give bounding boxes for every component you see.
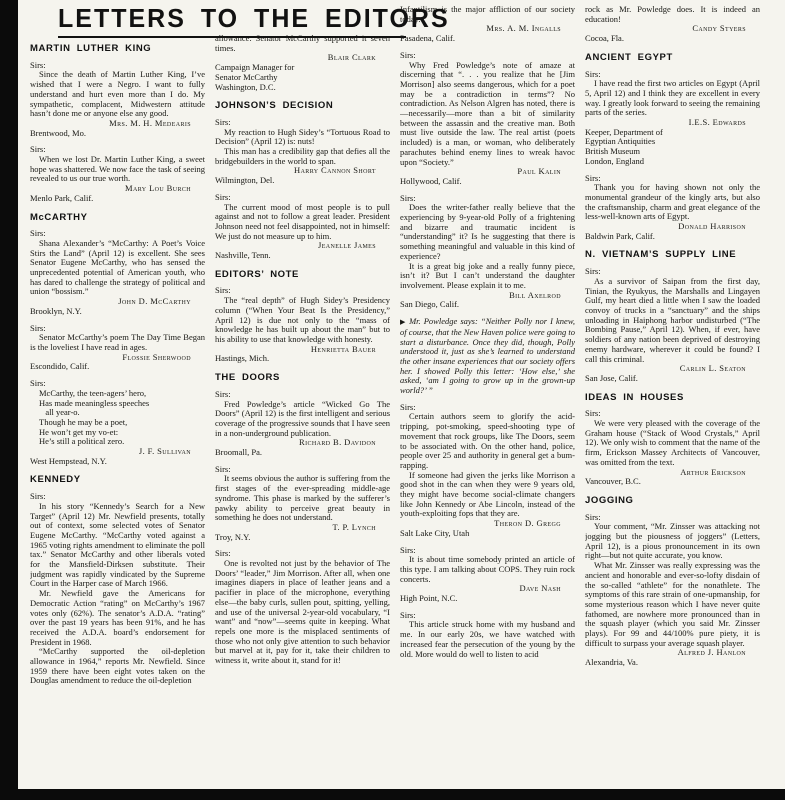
signature-address: San Jose, Calif.	[585, 374, 760, 384]
letter-paragraph: My reaction to Hugh Sidey’s “Tortuous Ro…	[215, 128, 390, 147]
signature-address: Escondido, Calif.	[30, 362, 205, 372]
reply-arrow-icon: ▶	[400, 318, 409, 326]
section-heading: McCARTHY	[30, 213, 205, 223]
signature-address: High Point, N.C.	[400, 594, 575, 604]
letter-paragraph: The “real depth” of Hugh Sidey’s Preside…	[215, 296, 390, 345]
signature-address: Vancouver, B.C.	[585, 477, 760, 487]
address-line: West Hempstead, N.Y.	[30, 457, 205, 467]
text-column-4: rock as Mr. Powledge does. It is indeed …	[585, 5, 760, 784]
address-line: San Diego, Calif.	[400, 300, 575, 310]
letter-paragraph: We were very pleased with the coverage o…	[585, 419, 760, 468]
address-line: Troy, N.Y.	[215, 533, 390, 543]
letter-paragraph: Certain authors seem to glorify the acid…	[400, 412, 575, 470]
editor-reply: ▶ Mr. Powledge says: “Neither Polly nor …	[400, 317, 575, 396]
address-line: Hastings, Mich.	[215, 354, 390, 364]
poem: McCarthy, the teen-agers’ hero,Has made …	[30, 389, 205, 447]
signature-address: Campaign Manager forSenator McCarthyWash…	[215, 63, 390, 92]
address-line: Salt Lake City, Utah	[400, 529, 575, 539]
text-column-3: Infantilism is the major affliction of o…	[400, 5, 575, 784]
letter-paragraph: allowance. Senator McCarthy supported it…	[215, 34, 390, 53]
signature-address: Nashville, Tenn.	[215, 251, 390, 261]
address-line: Brooklyn, N.Y.	[30, 307, 205, 317]
letter-paragraph: Since the death of Martin Luther King, I…	[30, 70, 205, 119]
address-line: Vancouver, B.C.	[585, 477, 760, 487]
signature-address: Baldwin Park, Calif.	[585, 232, 760, 242]
signature-address: Cocoa, Fla.	[585, 34, 760, 44]
letter-paragraph: It is about time somebody printed an art…	[400, 555, 575, 584]
signature-address: Keeper, Department ofEgyptian Antiquitie…	[585, 128, 760, 167]
signature-address: Pasadena, Calif.	[400, 34, 575, 44]
letter-paragraph: In his story “Kennedy’s Search for a New…	[30, 502, 205, 589]
address-line: Menlo Park, Calif.	[30, 194, 205, 204]
address-line: Alexandria, Va.	[585, 658, 760, 668]
address-line: Brentwood, Mo.	[30, 129, 205, 139]
signature-address: West Hempstead, N.Y.	[30, 457, 205, 467]
letter-paragraph: rock as Mr. Powledge does. It is indeed …	[585, 5, 760, 24]
section-heading: KENNEDY	[30, 475, 205, 485]
text-column-2: allowance. Senator McCarthy supported it…	[215, 34, 390, 784]
section-heading: N. VIETNAM’S SUPPLY LINE	[585, 250, 760, 260]
signature-address: Hastings, Mich.	[215, 354, 390, 364]
address-line: Cocoa, Fla.	[585, 34, 760, 44]
letter-paragraph: Why Fred Powledge’s note of amaze at dis…	[400, 61, 575, 168]
page-title: LETTERS TO THE EDITORS	[58, 4, 406, 34]
letter-paragraph: Mr. Newfield gave the Americans for Demo…	[30, 589, 205, 647]
section-heading: JOGGING	[585, 496, 760, 506]
address-line: High Point, N.C.	[400, 594, 575, 604]
letter-paragraph: Your comment, “Mr. Zinsser was attacking…	[585, 522, 760, 561]
letter-paragraph: This article struck home with my husband…	[400, 620, 575, 659]
letter-paragraph: Infantilism is the major affliction of o…	[400, 5, 575, 24]
letter-paragraph: Senator McCarthy’s poem The Day Time Beg…	[30, 333, 205, 352]
address-line: Baldwin Park, Calif.	[585, 232, 760, 242]
masthead: LETTERS TO THE EDITORS	[58, 4, 406, 38]
magazine-page: LETTERS TO THE EDITORS MARTIN LUTHER KIN…	[0, 0, 785, 800]
signature-address: Troy, N.Y.	[215, 533, 390, 543]
signature-address: Broomall, Pa.	[215, 448, 390, 458]
letter-paragraph: What Mr. Zinsser was really expressing w…	[585, 561, 760, 648]
signature-address: San Diego, Calif.	[400, 300, 575, 310]
letter-paragraph: The current mood of most people is to pu…	[215, 203, 390, 242]
address-line: Wilmington, Del.	[215, 176, 390, 186]
signature-address: Brentwood, Mo.	[30, 129, 205, 139]
address-line: Nashville, Tenn.	[215, 251, 390, 261]
section-heading: EDITORS’ NOTE	[215, 270, 390, 280]
text-column-1: MARTIN LUTHER KINGSirs:Since the death o…	[30, 44, 205, 784]
address-line: London, England	[585, 157, 760, 167]
address-line: Washington, D.C.	[215, 83, 390, 93]
letter-paragraph: If someone had given the jerks like Morr…	[400, 471, 575, 520]
signature-address: Hollywood, Calif.	[400, 177, 575, 187]
address-line: Hollywood, Calif.	[400, 177, 575, 187]
signature-address: Menlo Park, Calif.	[30, 194, 205, 204]
letter-paragraph: Does the writer-father really believe th…	[400, 203, 575, 261]
section-heading: IDEAS IN HOUSES	[585, 393, 760, 403]
letter-paragraph: It seems obvious the author is suffering…	[215, 474, 390, 523]
section-heading: THE DOORS	[215, 373, 390, 383]
address-line: Broomall, Pa.	[215, 448, 390, 458]
section-heading: ANCIENT EGYPT	[585, 53, 760, 63]
paper-background: LETTERS TO THE EDITORS MARTIN LUTHER KIN…	[18, 0, 785, 789]
address-line: Escondido, Calif.	[30, 362, 205, 372]
address-line: San Jose, Calif.	[585, 374, 760, 384]
letter-paragraph: Shana Alexander’s “McCarthy: A Poet’s Vo…	[30, 239, 205, 297]
signature-address: Brooklyn, N.Y.	[30, 307, 205, 317]
letter-paragraph: Fred Powledge’s article “Wicked Go The D…	[215, 400, 390, 439]
address-line: Pasadena, Calif.	[400, 34, 575, 44]
signature-address: Wilmington, Del.	[215, 176, 390, 186]
letter-paragraph: This man has a credibility gap that defi…	[215, 147, 390, 166]
signature-address: Salt Lake City, Utah	[400, 529, 575, 539]
signature-address: Alexandria, Va.	[585, 658, 760, 668]
section-heading: JOHNSON’S DECISION	[215, 101, 390, 111]
letter-paragraph: One is revolted not just by the behavior…	[215, 559, 390, 666]
letter-paragraph: As a survivor of Saipan from the first d…	[585, 277, 760, 364]
letter-paragraph: It is a great big joke and a really funn…	[400, 262, 575, 291]
letter-paragraph: I have read the first two articles on Eg…	[585, 79, 760, 118]
letter-paragraph: “McCarthy supported the oil-depletion al…	[30, 647, 205, 686]
letter-paragraph: Thank you for having shown not only the …	[585, 183, 760, 222]
section-heading: MARTIN LUTHER KING	[30, 44, 205, 54]
letter-paragraph: When we lost Dr. Martin Luther King, a s…	[30, 155, 205, 184]
